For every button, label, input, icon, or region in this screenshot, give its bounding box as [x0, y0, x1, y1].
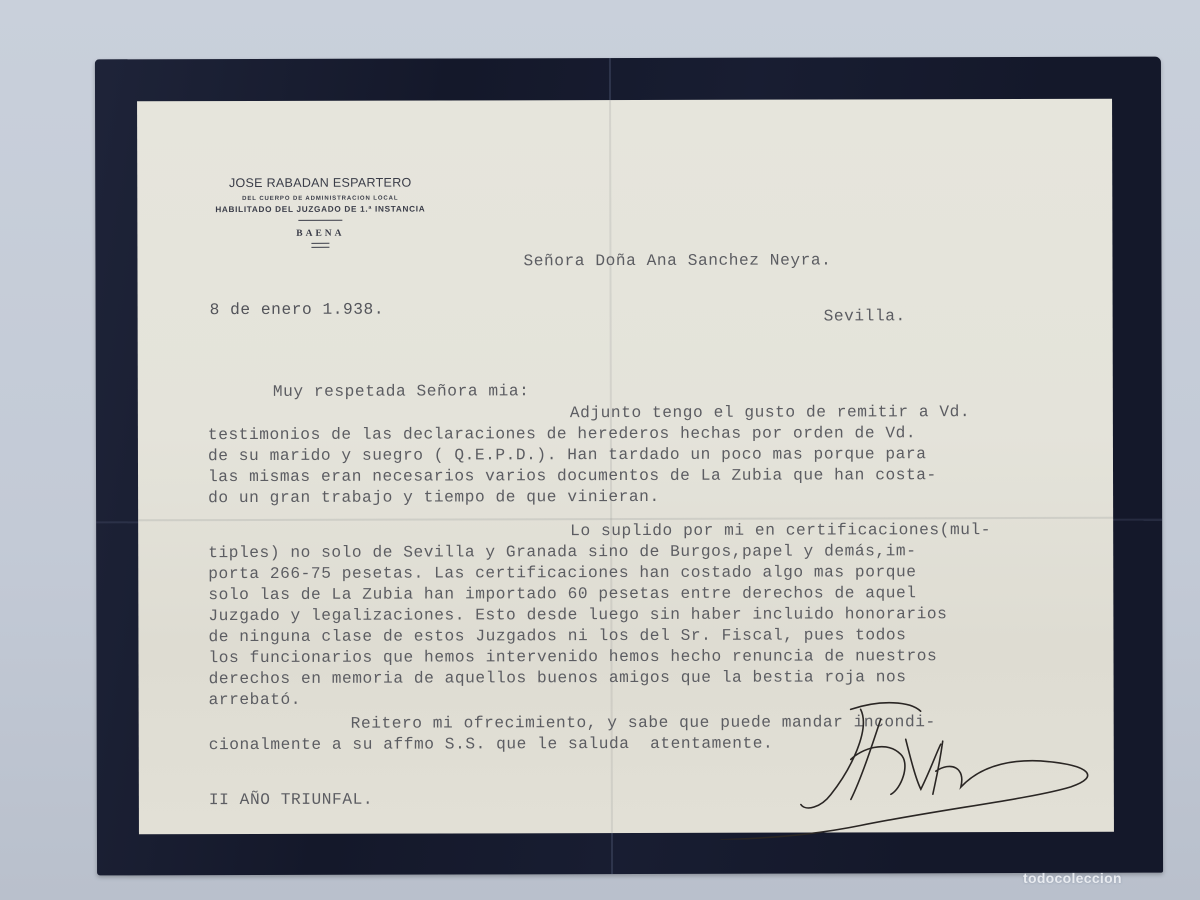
body-line: de su marido y suegro ( Q.E.P.D.). Han t…	[208, 445, 927, 465]
body-line: Juzgado y legalizaciones. Esto desde lue…	[208, 605, 947, 625]
body-line: de ninguna clase de estos Juzgados ni lo…	[208, 626, 906, 646]
body-line: tiples) no solo de Sevilla y Granada sin…	[208, 542, 916, 562]
body-line: do un gran trabajo y tiempo de que vinie…	[208, 488, 660, 507]
letterhead-line1: DEL CUERPO DE ADMINISTRACION LOCAL	[185, 195, 455, 202]
salutation: Muy respetada Señora mia:	[273, 382, 530, 401]
recipient-name: Señora Doña Ana Sanchez Neyra.	[523, 251, 831, 270]
footer-year: II AÑO TRIUNFAL.	[209, 791, 373, 809]
body-line: solo las de La Zubia han importado 60 pe…	[208, 584, 916, 604]
recipient-city: Sevilla.	[824, 307, 906, 325]
body-line: cionalmente a su affmo S.S. que le salud…	[209, 735, 774, 754]
body-line: los funcionarios que hemos intervenido h…	[208, 647, 937, 667]
letter-paper: JOSE RABADAN ESPARTERO DEL CUERPO DE ADM…	[137, 99, 1114, 835]
letterhead-double-rule	[311, 243, 329, 248]
mourning-border-sheet: JOSE RABADAN ESPARTERO DEL CUERPO DE ADM…	[95, 57, 1163, 876]
signature-icon	[711, 699, 1111, 840]
body-line: Lo suplido por mi en certificaciones(mul…	[570, 521, 991, 540]
body-line: derechos en memoria de aquellos buenos a…	[209, 668, 907, 688]
watermark-text: todocoleccion	[1023, 870, 1122, 886]
letterhead-city: BAENA	[185, 228, 455, 239]
letterhead-divider	[298, 220, 342, 221]
letterhead-name: JOSE RABADAN ESPARTERO	[185, 175, 455, 190]
body-line: testimonios de las declaraciones de here…	[208, 424, 916, 444]
body-line: Adjunto tengo el gusto de remitir a Vd.	[570, 403, 970, 422]
letterhead-line2: HABILITADO DEL JUZGADO DE 1.ª INSTANCIA	[185, 204, 455, 214]
body-line: las mismas eran necesarios varios docume…	[208, 466, 937, 486]
letterhead: JOSE RABADAN ESPARTERO DEL CUERPO DE ADM…	[185, 175, 455, 248]
letter-date: 8 de enero 1.938.	[210, 301, 385, 319]
body-line: porta 266-75 pesetas. Las certificacione…	[208, 563, 916, 583]
body-line: arrebató.	[209, 691, 301, 709]
